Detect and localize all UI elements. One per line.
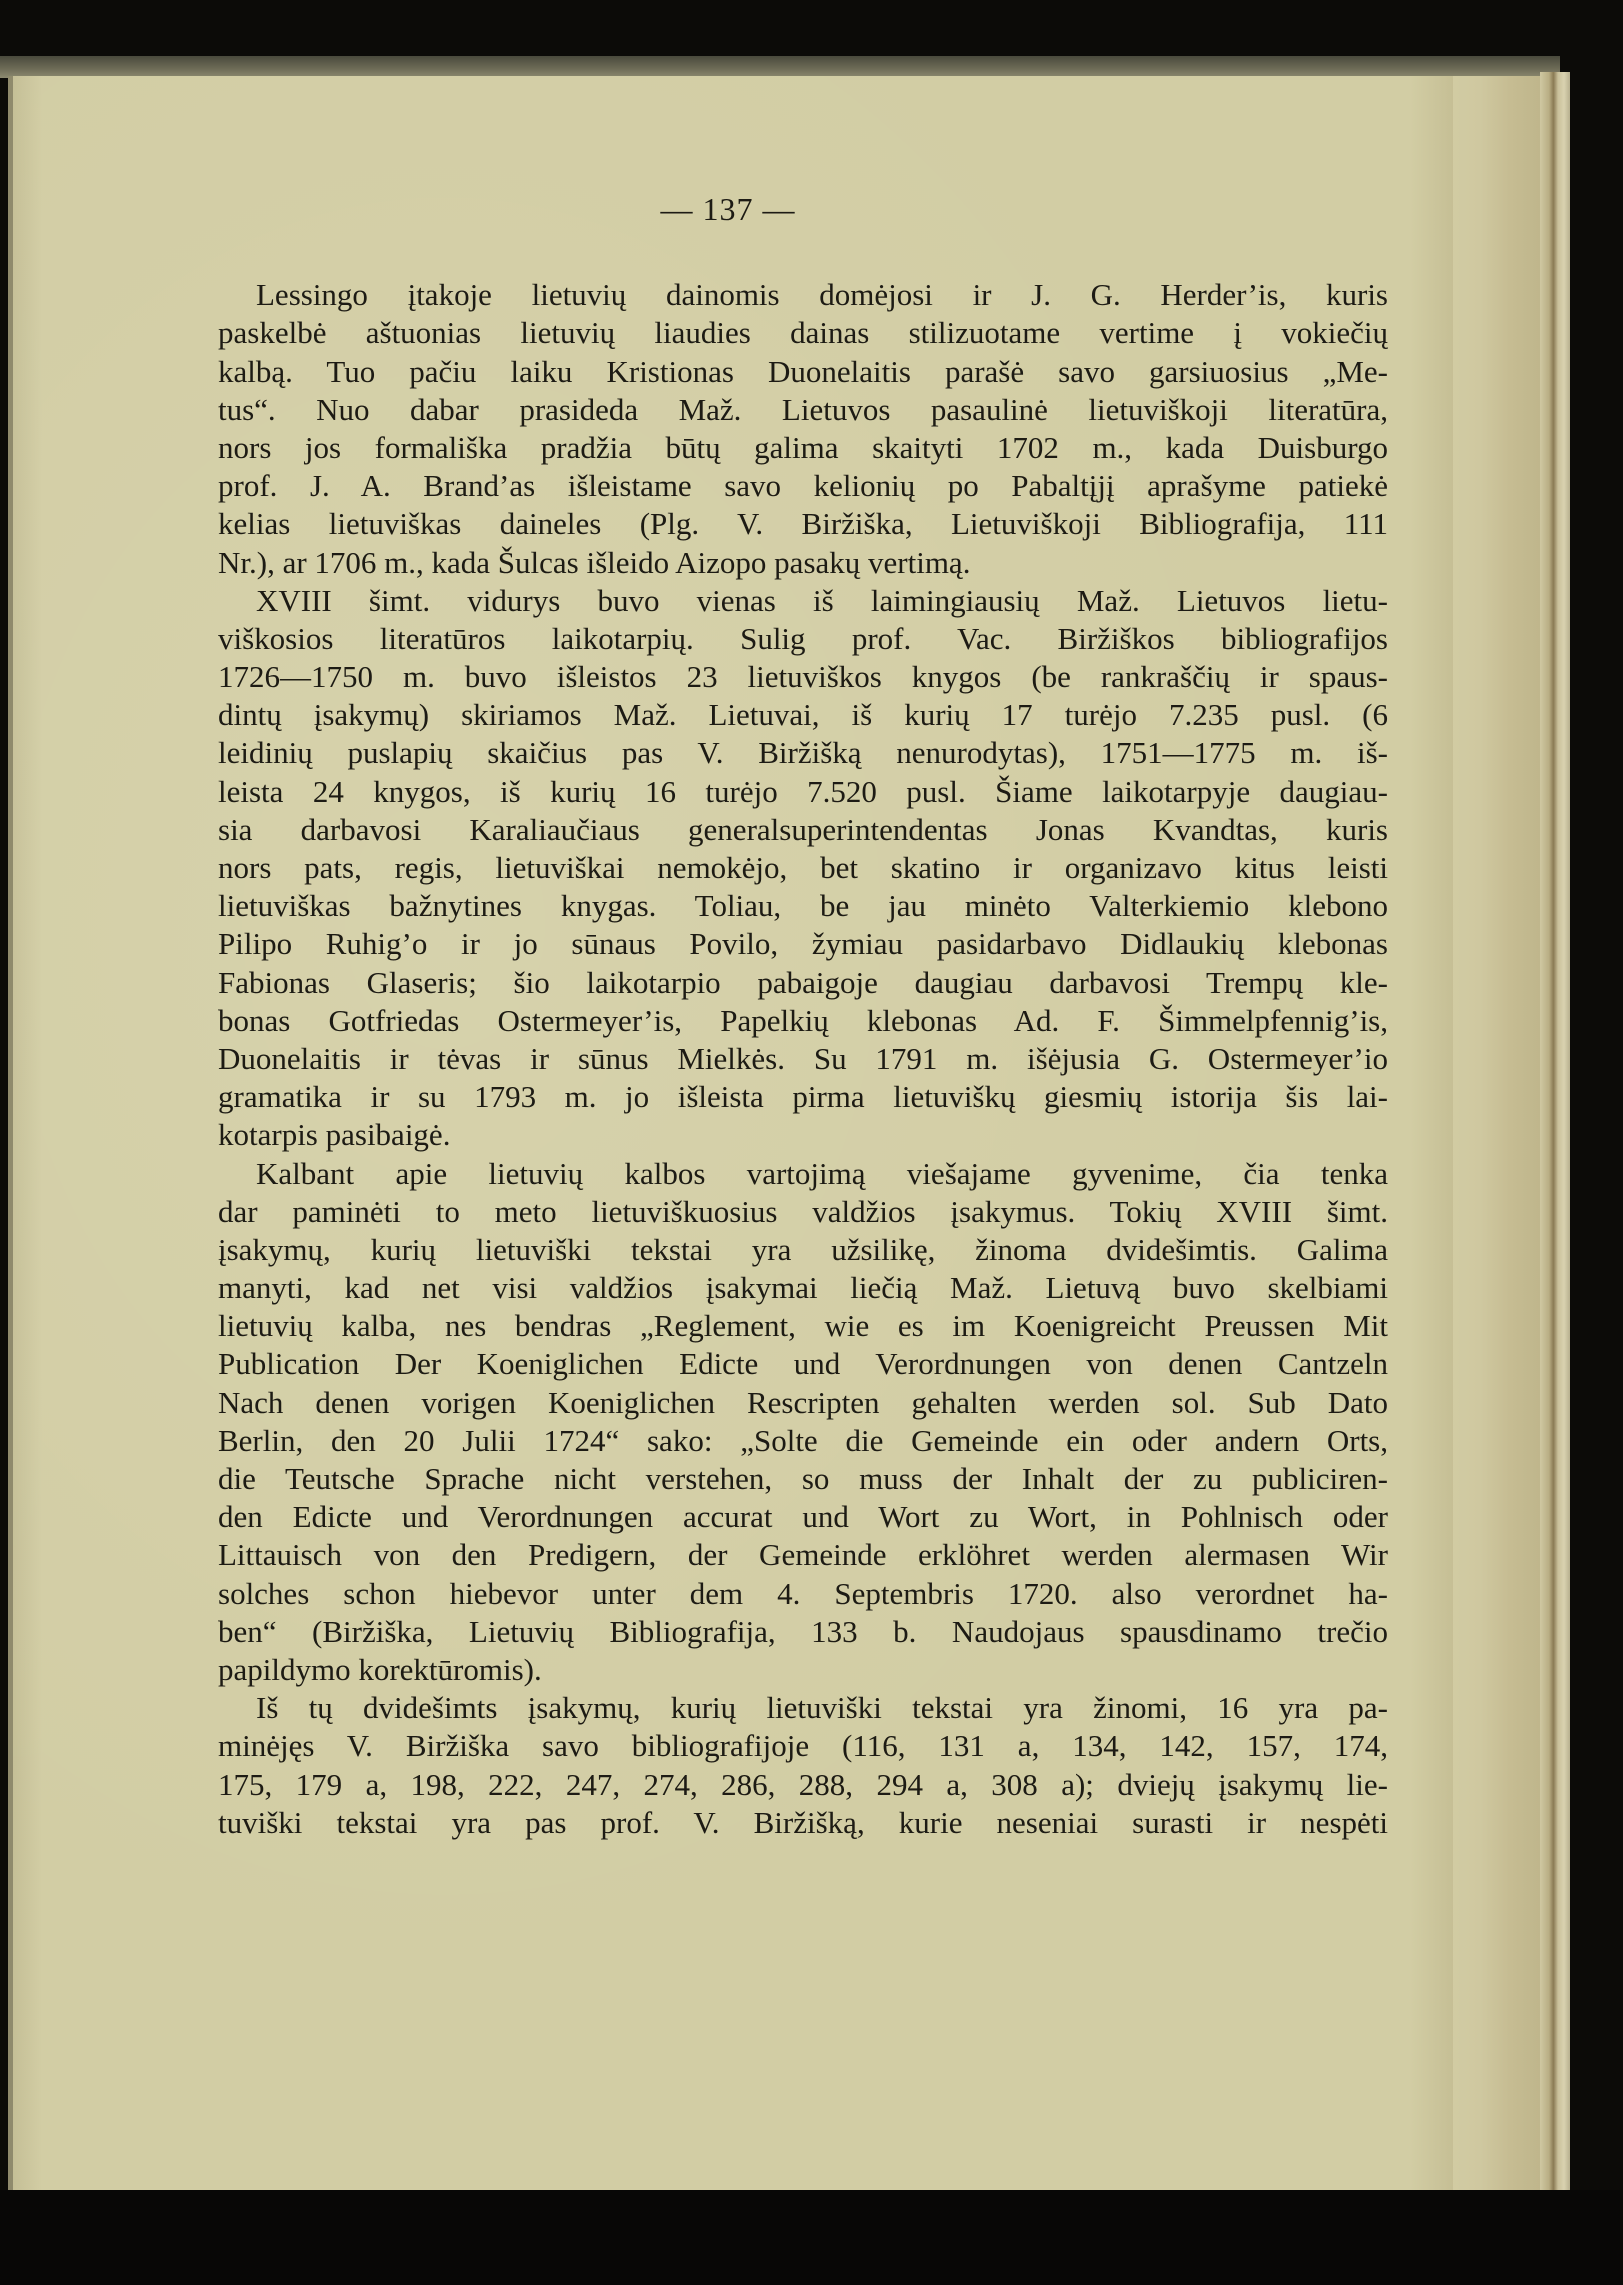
text-line: Pilipo Ruhig’o ir jo sūnaus Povilo, žymi… bbox=[218, 925, 1388, 963]
text-line: Kalbant apie lietuvių kalbos vartojimą v… bbox=[218, 1155, 1388, 1193]
text-line: 175, 179 a, 198, 222, 247, 274, 286, 288… bbox=[218, 1766, 1388, 1804]
text-line: paskelbė aštuonias lietuvių liaudies dai… bbox=[218, 314, 1388, 352]
text-line: bonas Gotfriedas Ostermeyer’is, Papelkių… bbox=[218, 1002, 1388, 1040]
text-line: kelias lietuviškas daineles (Plg. V. Bir… bbox=[218, 505, 1388, 543]
text-line: Lessingo įtakoje lietuvių dainomis domėj… bbox=[218, 276, 1388, 314]
text-line: tuviški tekstai yra pas prof. V. Biržišk… bbox=[218, 1804, 1388, 1842]
text-line: manyti, kad net visi valdžios įsakymai l… bbox=[218, 1269, 1388, 1307]
text-line: kalbą. Tuo pačiu laiku Kristionas Duonel… bbox=[218, 353, 1388, 391]
text-line: viškosios literatūros laikotarpių. Sulig… bbox=[218, 620, 1388, 658]
text-line: kotarpis pasibaigė. bbox=[218, 1116, 1388, 1154]
text-line: Littauisch von den Predigern, der Gemein… bbox=[218, 1536, 1388, 1574]
text-line: dar paminėti to meto lietuviškuosius val… bbox=[218, 1193, 1388, 1231]
text-line: tus“. Nuo dabar prasideda Maž. Lietuvos … bbox=[218, 391, 1388, 429]
text-line: leidinių puslapių skaičius pas V. Biržiš… bbox=[218, 734, 1388, 772]
book-page-stack-edge bbox=[1540, 72, 1570, 2202]
body-text: Lessingo įtakoje lietuvių dainomis domėj… bbox=[218, 276, 1388, 1842]
page-number: — 137 — bbox=[218, 190, 1238, 228]
text-line: solches schon hiebevor unter dem 4. Sept… bbox=[218, 1575, 1388, 1613]
text-line: sia darbavosi Karaliaučiaus generalsuper… bbox=[218, 811, 1388, 849]
text-line: die Teutsche Sprache nicht verstehen, so… bbox=[218, 1460, 1388, 1498]
text-line: papildymo korektūromis). bbox=[218, 1651, 1388, 1689]
text-line: lietuviškas bažnytines knygas. Toliau, b… bbox=[218, 887, 1388, 925]
page-fore-edge bbox=[1440, 76, 1540, 2201]
text-line: Duonelaitis ir tėvas ir sūnus Mielkės. S… bbox=[218, 1040, 1388, 1078]
text-line: nors jos formališka pradžia būtų galima … bbox=[218, 429, 1388, 467]
text-line: ben“ (Biržiška, Lietuvių Bibliografija, … bbox=[218, 1613, 1388, 1651]
text-line: den Edicte und Verordnungen accurat und … bbox=[218, 1498, 1388, 1536]
text-line: Fabionas Glaseris; šio laikotarpio pabai… bbox=[218, 964, 1388, 1002]
text-line: Nr.), ar 1706 m., kada Šulcas išleido Ai… bbox=[218, 544, 1388, 582]
text-line: prof. J. A. Brand’as išleistame savo kel… bbox=[218, 467, 1388, 505]
text-line: 1726—1750 m. buvo išleistos 23 lietuvišk… bbox=[218, 658, 1388, 696]
text-line: lietuvių kalba, nes bendras „Reglement, … bbox=[218, 1307, 1388, 1345]
text-line: Nach denen vorigen Koeniglichen Rescript… bbox=[218, 1384, 1388, 1422]
text-line: įsakymų, kurių lietuviški tekstai yra už… bbox=[218, 1231, 1388, 1269]
background-shadow bbox=[0, 2190, 1620, 2285]
text-line: Berlin, den 20 Julii 1724“ sako: „Solte … bbox=[218, 1422, 1388, 1460]
text-line: Publication Der Koeniglichen Edicte und … bbox=[218, 1345, 1388, 1383]
text-line: gramatika ir su 1793 m. jo išleista pirm… bbox=[218, 1078, 1388, 1116]
text-line: leista 24 knygos, iš kurių 16 turėjo 7.5… bbox=[218, 773, 1388, 811]
book-top-edge bbox=[0, 56, 1560, 78]
text-line: XVIII šimt. vidurys buvo vienas iš laimi… bbox=[218, 582, 1388, 620]
text-line: nors pats, regis, lietuviškai nemokėjo, … bbox=[218, 849, 1388, 887]
page-text-block: — 137 — Lessingo įtakoje lietuvių dainom… bbox=[218, 190, 1388, 1842]
text-line: dintų įsakymų) skiriamos Maž. Lietuvai, … bbox=[218, 696, 1388, 734]
text-line: minėjęs V. Biržiška savo bibliografijoje… bbox=[218, 1727, 1388, 1765]
text-line: Iš tų dvidešimts įsakymų, kurių lietuviš… bbox=[218, 1689, 1388, 1727]
